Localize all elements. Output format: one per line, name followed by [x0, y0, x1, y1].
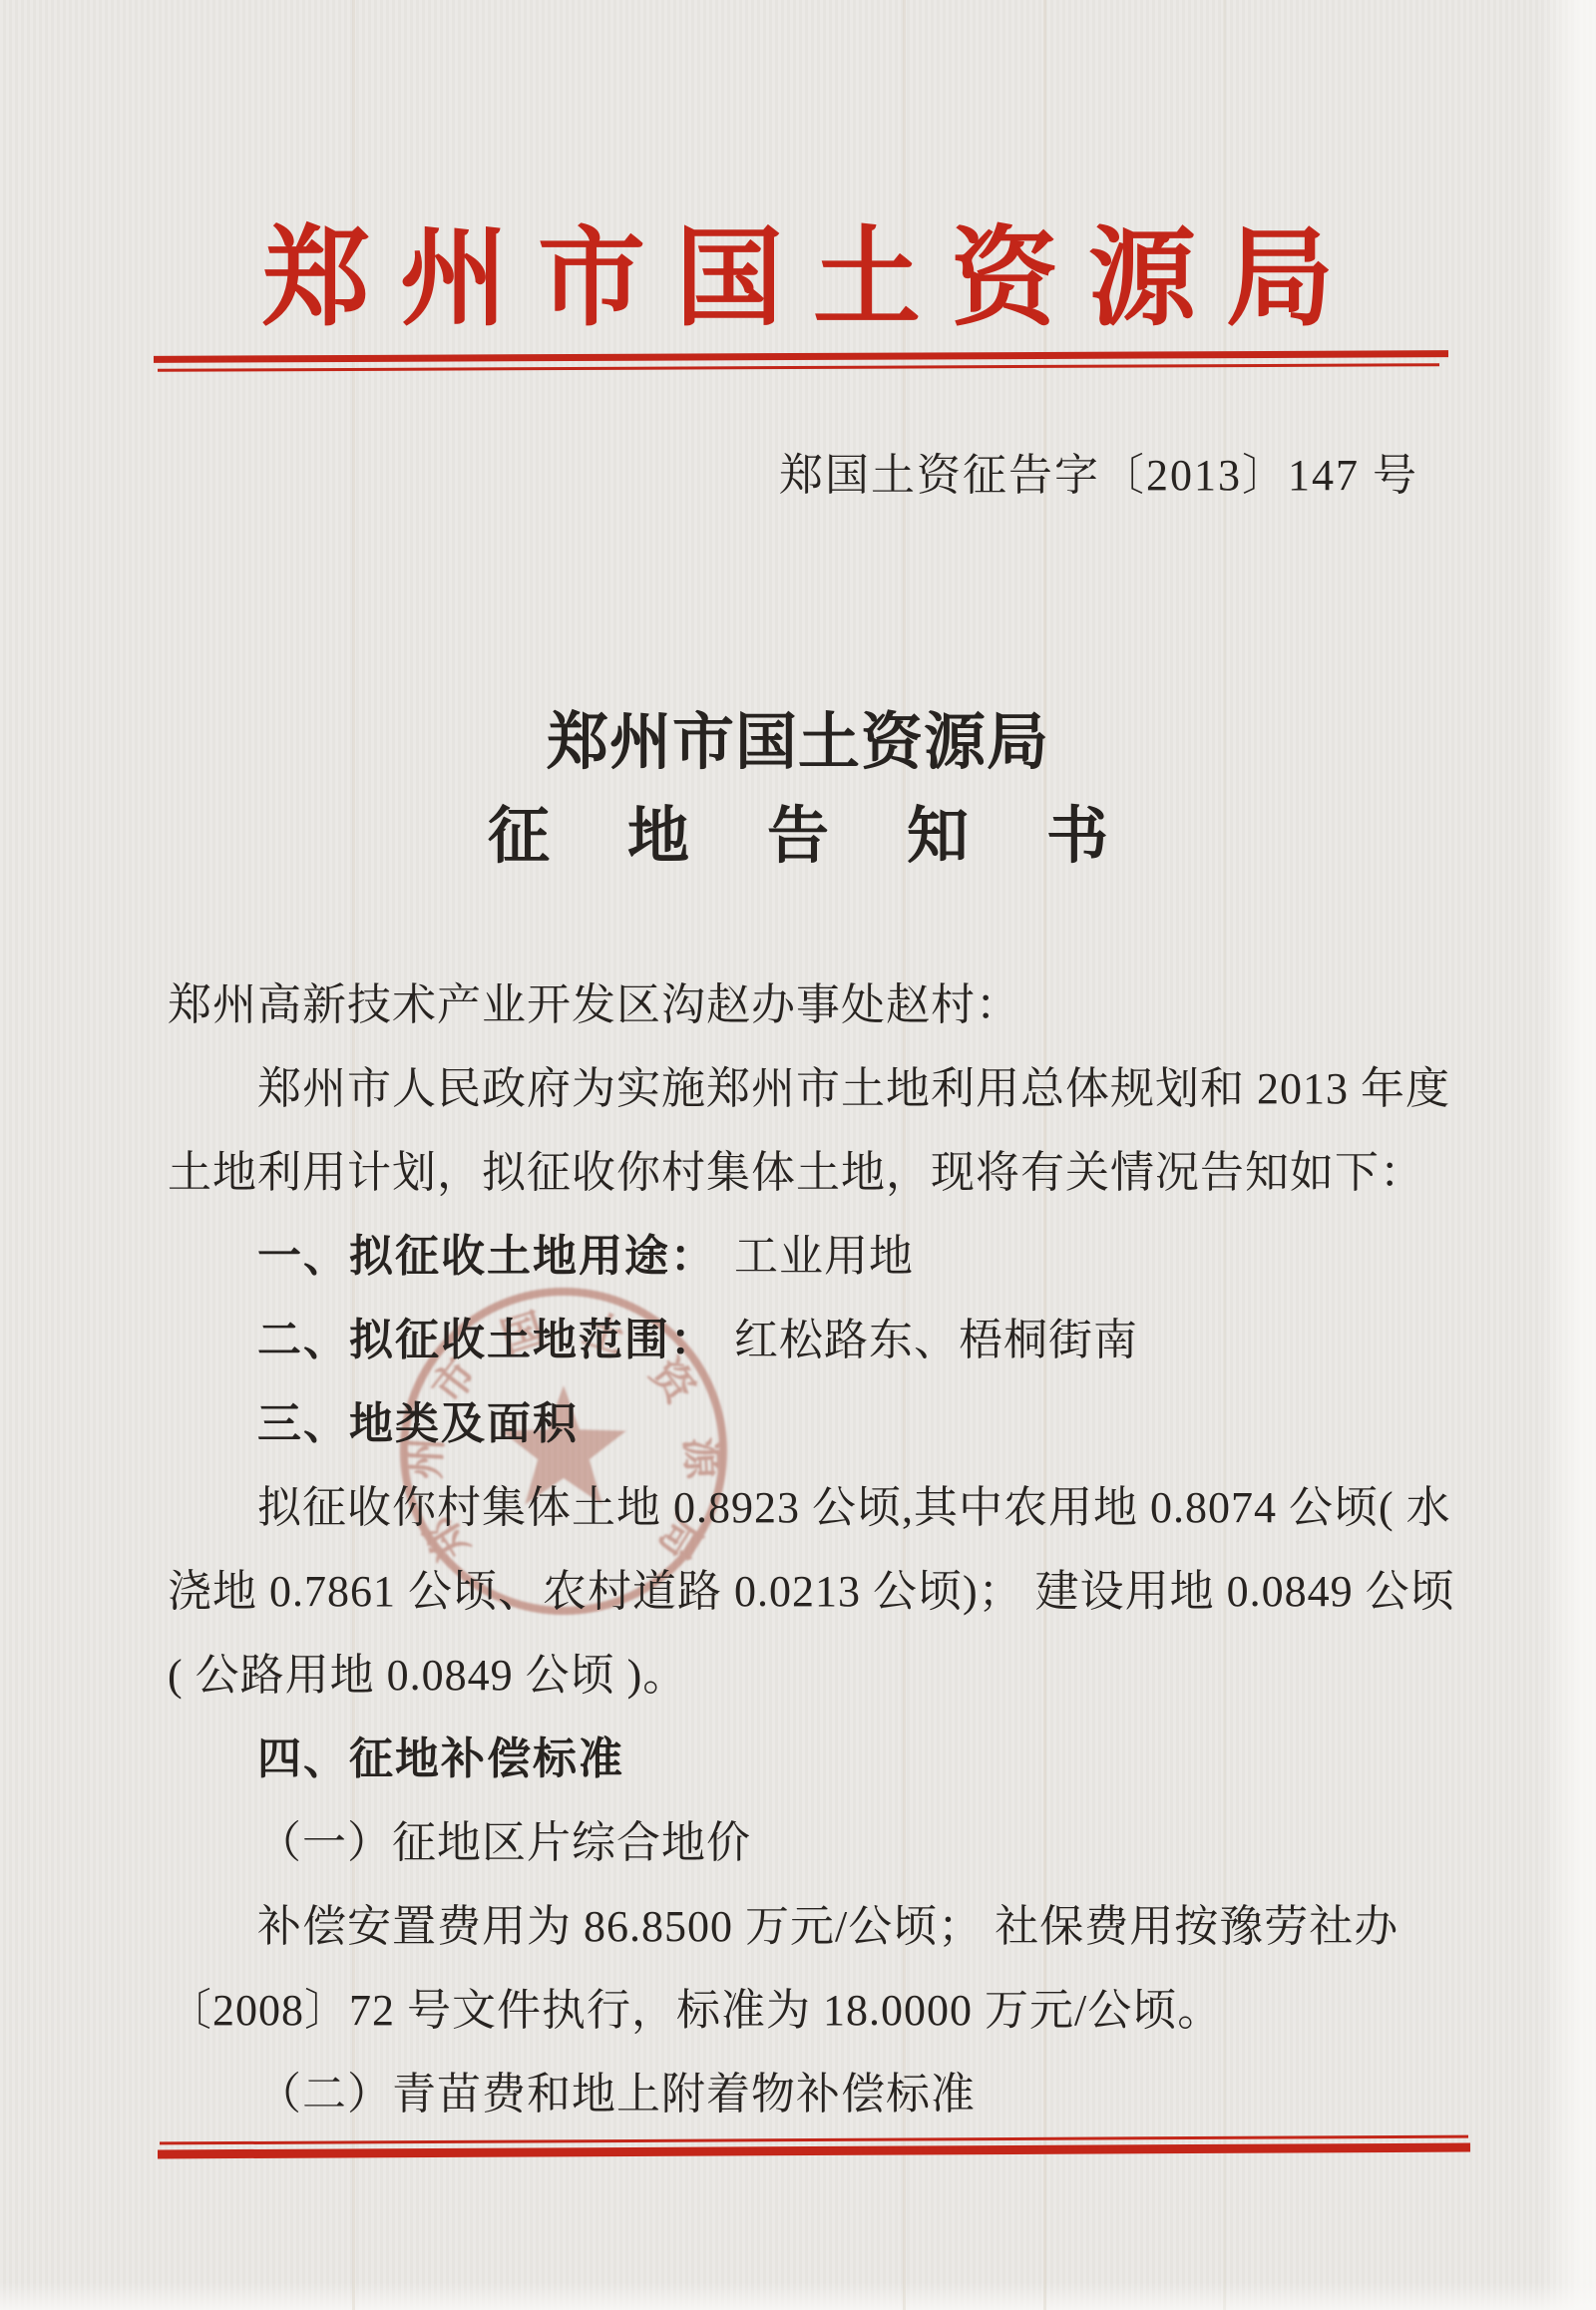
section-item-3-heading: 三、地类及面积	[168, 1382, 1476, 1466]
letterhead-rule-thick	[154, 350, 1448, 363]
paragraph-line: 拟征收你村集体土地 0.8923 公顷,其中农用地 0.8074 公顷( 水	[168, 1466, 1476, 1550]
section-item-2: 二、拟征收土地范围：红松路东、梧桐街南	[168, 1299, 1476, 1382]
paragraph-line: 土地利用计划，拟征收你村集体土地，现将有关情况告知如下：	[168, 1131, 1476, 1215]
sub-item-2: （二）青苗费和地上附着物补偿标准	[168, 2053, 1476, 2136]
notice-title-organization: 郑州市国土资源局	[0, 692, 1596, 781]
document-body: 郑州高新技术产业开发区沟赵办事处赵村： 郑州市人民政府为实施郑州市土地利用总体规…	[168, 963, 1476, 2136]
section-item-4-heading: 四、征地补偿标准	[168, 1718, 1476, 1801]
letterhead-rule-thin	[158, 363, 1439, 372]
paragraph-line: 〔2008〕72 号文件执行，标准为 18.0000 万元/公顷。	[168, 1969, 1476, 2053]
paragraph-line: 补偿安置费用为 86.8500 万元/公顷； 社保费用按豫劳社办	[168, 1885, 1476, 1969]
paragraph-line: ( 公路用地 0.0849 公顷 )。	[168, 1634, 1476, 1718]
document-number: 郑国土资征告字〔2013〕147 号	[779, 439, 1418, 503]
section-item-1-value: 工业用地	[734, 1232, 914, 1281]
sub-item-1: （一）征地区片综合地价	[168, 1801, 1476, 1885]
section-item-1-label: 一、拟征收土地用途：	[257, 1232, 716, 1281]
section-item-2-label: 二、拟征收土地范围：	[257, 1316, 716, 1364]
section-item-2-value: 红松路东、梧桐街南	[734, 1316, 1138, 1364]
section-item-1: 一、拟征收土地用途：工业用地	[168, 1215, 1476, 1299]
letterhead-title: 郑州市国土资源局	[0, 192, 1596, 346]
salutation: 郑州高新技术产业开发区沟赵办事处赵村：	[168, 963, 1476, 1047]
paragraph-line: 郑州市人民政府为实施郑州市土地利用总体规划和 2013 年度	[168, 1047, 1476, 1131]
document-page: 郑州市国土资源局 郑国土资征告字〔2013〕147 号 郑州市国土资源局 征地告…	[0, 0, 1596, 2310]
notice-title-doc-type: 征地告知书	[0, 786, 1596, 875]
paragraph-line: 浇地 0.7861 公顷、农村道路 0.0213 公顷)； 建设用地 0.084…	[168, 1550, 1476, 1634]
